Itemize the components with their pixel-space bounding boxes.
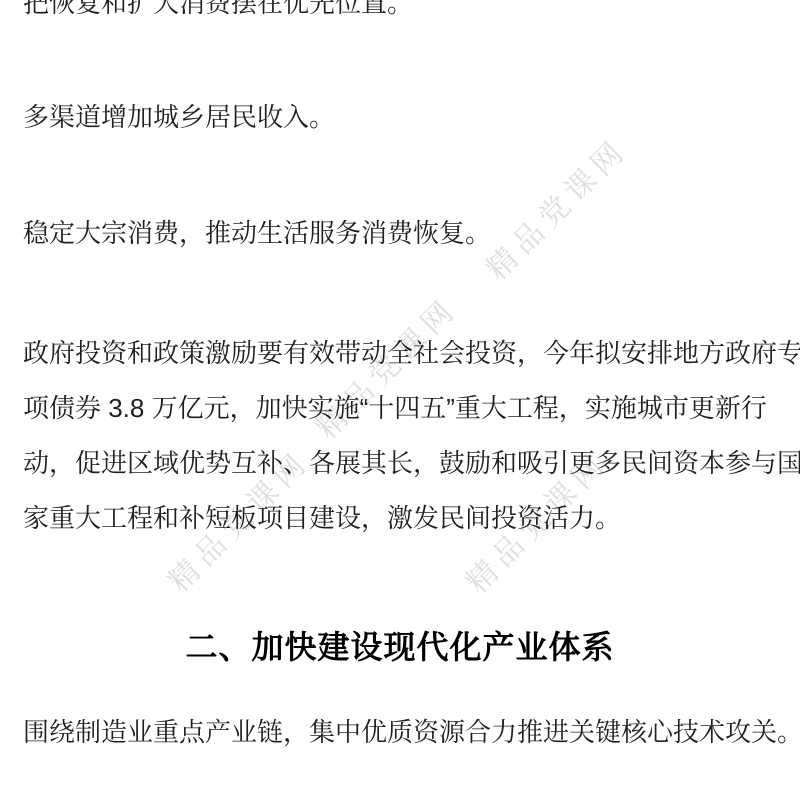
document-page: 精品党课网 精品党课网 精品党课网 精品党课网 把恢复和扩大消费摆在优先位置。 … (0, 0, 800, 800)
paragraph-bulk-consumption: 稳定大宗消费，推动生活服务消费恢复。 (23, 206, 782, 261)
document-content: 把恢复和扩大消费摆在优先位置。 多渠道增加城乡居民收入。 稳定大宗消费，推动生活… (0, 0, 800, 800)
text-line: 政府投资和政策激励要有效带动全社会投资，今年拟安排地方政府专 (23, 326, 782, 381)
paragraph-resident-income: 多渠道增加城乡居民收入。 (23, 90, 782, 145)
paragraph-consumption-priority: 把恢复和扩大消费摆在优先位置。 (23, 0, 782, 31)
text-line: 稳定大宗消费，推动生活服务消费恢复。 (23, 206, 782, 261)
text-line: 把恢复和扩大消费摆在优先位置。 (23, 0, 782, 31)
paragraph-government-investment: 政府投资和政策激励要有效带动全社会投资，今年拟安排地方政府专 项债券 3.8 万… (23, 326, 782, 546)
text-line: 家重大工程和补短板项目建设，激发民间投资活力。 (23, 491, 782, 546)
paragraph-manufacturing-chain: 围绕制造业重点产业链，集中优质资源合力推进关键核心技术攻关。 (23, 705, 782, 760)
text-line: 多渠道增加城乡居民收入。 (23, 90, 782, 145)
text-line: 动，促进区域优势互补、各展其长，鼓励和吸引更多民间资本参与国 (23, 436, 782, 491)
section-heading-modern-industry: 二、加快建设现代化产业体系 (0, 617, 800, 677)
text-line: 项债券 3.8 万亿元，加快实施“十四五”重大工程，实施城市更新行 (23, 381, 782, 436)
text-line: 围绕制造业重点产业链，集中优质资源合力推进关键核心技术攻关。 (23, 705, 782, 760)
